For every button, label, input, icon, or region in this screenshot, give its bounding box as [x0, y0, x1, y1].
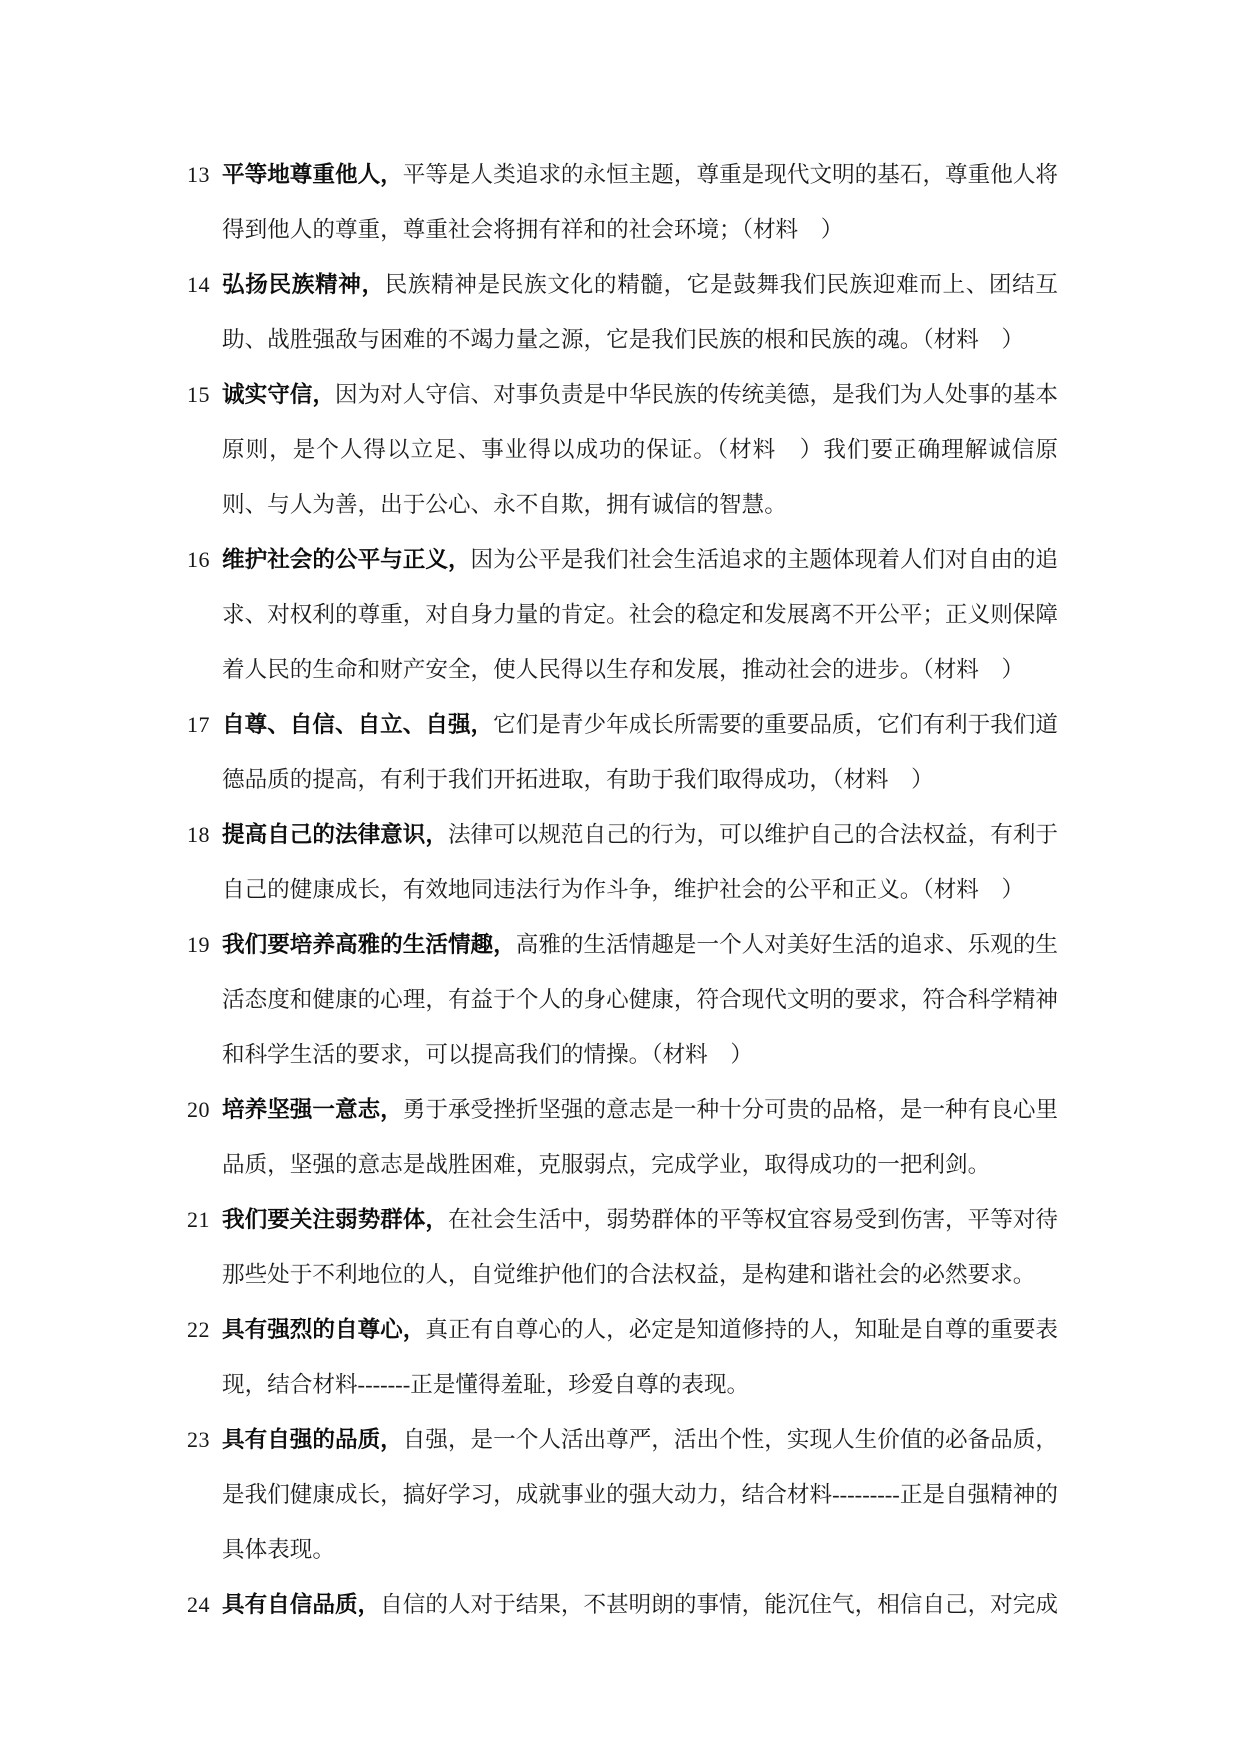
item-heading: 具有强烈的自尊心，: [222, 1317, 425, 1342]
list-item: 19 我们要培养高雅的生活情趣，高雅的生活情趣是一个人对美好生活的追求、乐观的生…: [187, 917, 1060, 1082]
item-heading: 平等地尊重他人，: [222, 162, 403, 187]
document-page: 13 平等地尊重他人，平等是人类追求的永恒主题，尊重是现代文明的基石，尊重他人将…: [0, 0, 1240, 1753]
item-number: 21: [187, 1192, 222, 1247]
item-text: 平等地尊重他人，平等是人类追求的永恒主题，尊重是现代文明的基石，尊重他人将得到他…: [222, 147, 1058, 257]
item-heading: 诚实守信，: [222, 382, 335, 407]
item-number: 19: [187, 917, 222, 972]
item-text: 具有自强的品质，自强，是一个人活出尊严，活出个性，实现人生价值的必备品质，是我们…: [222, 1412, 1058, 1577]
item-number: 20: [187, 1082, 222, 1137]
item-heading: 具有自强的品质，: [222, 1427, 403, 1452]
list-item: 18 提高自己的法律意识，法律可以规范自己的行为，可以维护自己的合法权益，有利于…: [187, 807, 1060, 917]
item-heading: 维护社会的公平与正义，: [222, 547, 471, 572]
list-item: 15 诚实守信，因为对人守信、对事负责是中华民族的传统美德，是我们为人处事的基本…: [187, 367, 1060, 532]
list-item: 20 培养坚强一意志，勇于承受挫折坚强的意志是一种十分可贵的品格，是一种有良心里…: [187, 1082, 1060, 1192]
list-item: 14 弘扬民族精神，民族精神是民族文化的精髓，它是鼓舞我们民族迎难而上、团结互助…: [187, 257, 1060, 367]
item-heading: 我们要培养高雅的生活情趣，: [222, 932, 516, 957]
item-text: 诚实守信，因为对人守信、对事负责是中华民族的传统美德，是我们为人处事的基本原则，…: [222, 367, 1058, 532]
list-item: 13 平等地尊重他人，平等是人类追求的永恒主题，尊重是现代文明的基石，尊重他人将…: [187, 147, 1060, 257]
item-heading: 我们要关注弱势群体，: [222, 1207, 448, 1232]
item-number: 17: [187, 697, 222, 752]
item-number: 23: [187, 1412, 222, 1467]
item-text: 我们要培养高雅的生活情趣，高雅的生活情趣是一个人对美好生活的追求、乐观的生活态度…: [222, 917, 1058, 1082]
item-heading: 提高自己的法律意识，: [222, 822, 448, 847]
item-text: 提高自己的法律意识，法律可以规范自己的行为，可以维护自己的合法权益，有利于自己的…: [222, 807, 1058, 917]
list-item: 21 我们要关注弱势群体，在社会生活中，弱势群体的平等权宜容易受到伤害，平等对待…: [187, 1192, 1060, 1302]
item-text: 自尊、自信、自立、自强，它们是青少年成长所需要的重要品质，它们有利于我们道德品质…: [222, 697, 1058, 807]
list-item: 22 具有强烈的自尊心，真正有自尊心的人，必定是知道修持的人，知耻是自尊的重要表…: [187, 1302, 1060, 1412]
item-heading: 具有自信品质，: [222, 1592, 380, 1617]
item-text: 具有自信品质，自信的人对于结果，不甚明朗的事情，能沉住气，相信自己，对完成: [222, 1577, 1058, 1632]
item-body: 自信的人对于结果，不甚明朗的事情，能沉住气，相信自己，对完成: [380, 1592, 1058, 1617]
item-number: 16: [187, 532, 222, 587]
item-number: 22: [187, 1302, 222, 1357]
item-heading: 培养坚强一意志，: [222, 1097, 403, 1122]
list-item: 24 具有自信品质，自信的人对于结果，不甚明朗的事情，能沉住气，相信自己，对完成: [187, 1577, 1060, 1632]
numbered-list: 13 平等地尊重他人，平等是人类追求的永恒主题，尊重是现代文明的基石，尊重他人将…: [187, 147, 1060, 1632]
item-number: 18: [187, 807, 222, 862]
list-item: 16 维护社会的公平与正义，因为公平是我们社会生活追求的主题体现着人们对自由的追…: [187, 532, 1060, 697]
item-text: 具有强烈的自尊心，真正有自尊心的人，必定是知道修持的人，知耻是自尊的重要表现，结…: [222, 1302, 1058, 1412]
item-number: 13: [187, 147, 222, 202]
list-item: 17 自尊、自信、自立、自强，它们是青少年成长所需要的重要品质，它们有利于我们道…: [187, 697, 1060, 807]
item-number: 15: [187, 367, 222, 422]
item-body: 因为对人守信、对事负责是中华民族的传统美德，是我们为人处事的基本原则，是个人得以…: [222, 382, 1058, 517]
item-text: 弘扬民族精神，民族精神是民族文化的精髓，它是鼓舞我们民族迎难而上、团结互助、战胜…: [222, 257, 1058, 367]
item-text: 我们要关注弱势群体，在社会生活中，弱势群体的平等权宜容易受到伤害，平等对待那些处…: [222, 1192, 1058, 1302]
item-heading: 弘扬民族精神，: [222, 272, 385, 297]
item-heading: 自尊、自信、自立、自强，: [222, 712, 493, 737]
item-text: 维护社会的公平与正义，因为公平是我们社会生活追求的主题体现着人们对自由的追求、对…: [222, 532, 1058, 697]
item-text: 培养坚强一意志，勇于承受挫折坚强的意志是一种十分可贵的品格，是一种有良心里品质，…: [222, 1082, 1058, 1192]
list-item: 23 具有自强的品质，自强，是一个人活出尊严，活出个性，实现人生价值的必备品质，…: [187, 1412, 1060, 1577]
item-number: 24: [187, 1577, 222, 1632]
item-number: 14: [187, 257, 222, 312]
